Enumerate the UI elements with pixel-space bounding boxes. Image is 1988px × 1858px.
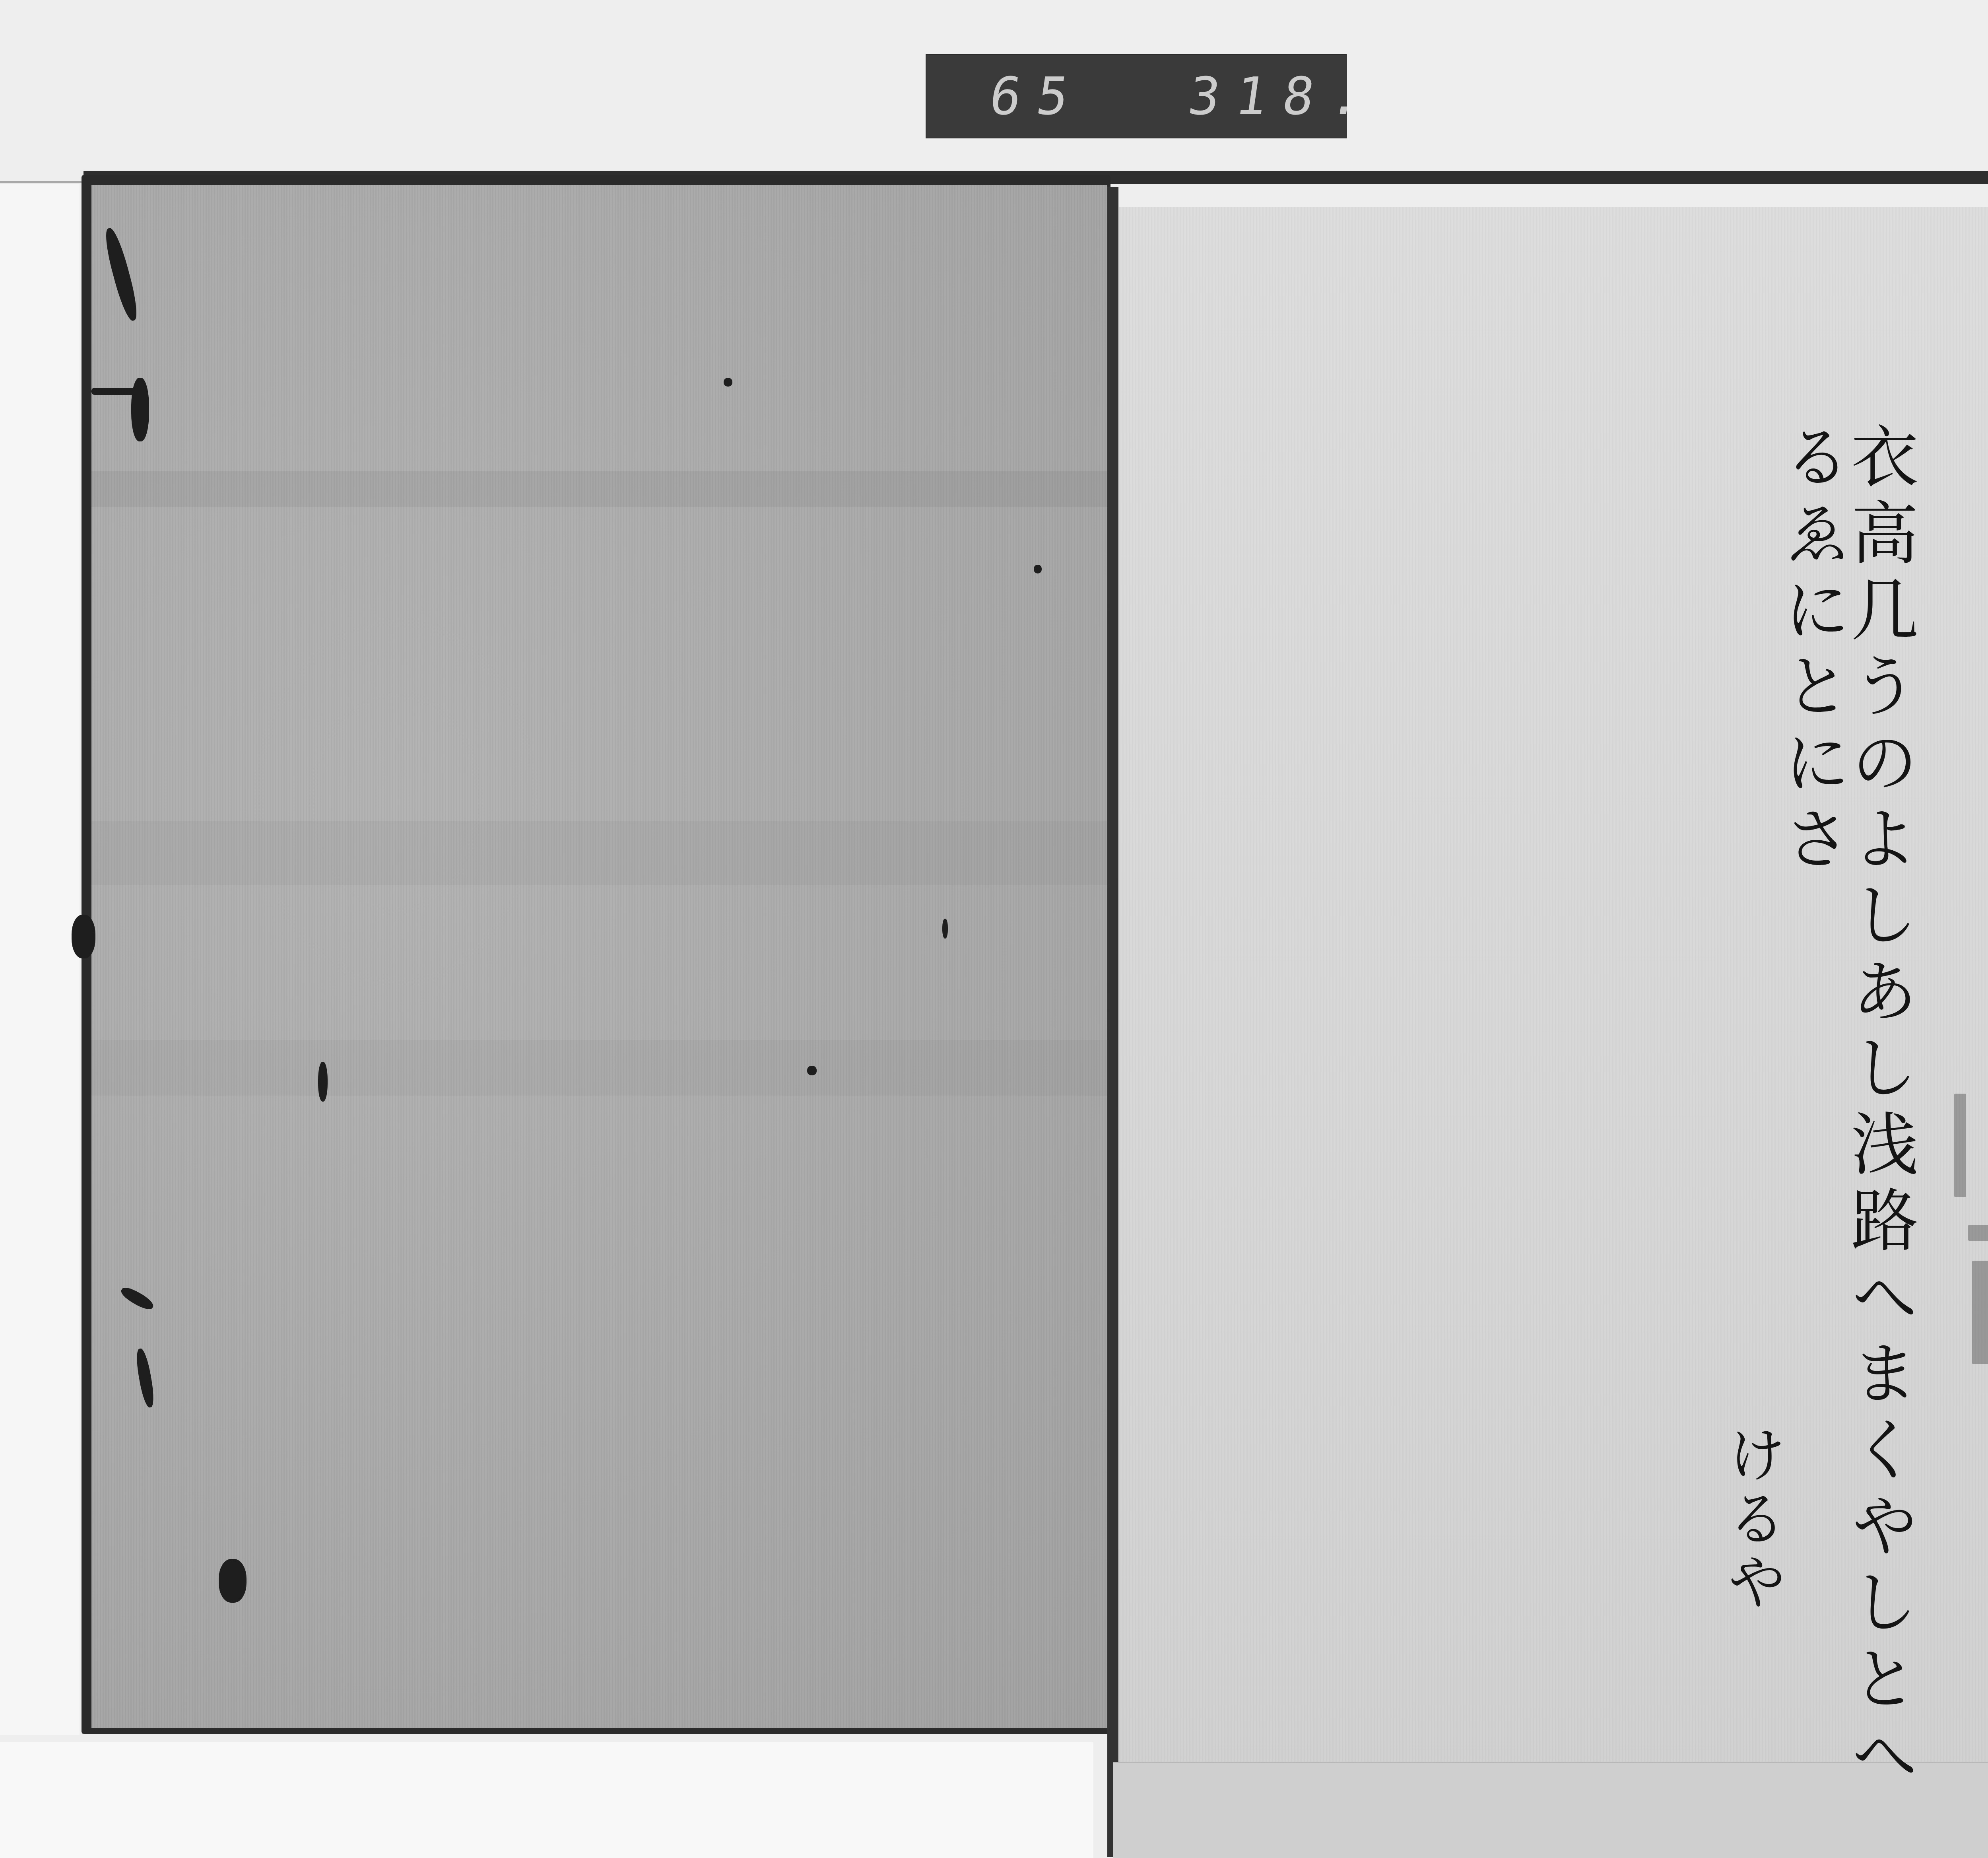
ink-bleed-through [1954,1094,1966,1197]
paper-shading [91,1040,1107,1096]
book-gutter [1107,187,1118,1857]
ink-bleed-through [1968,1225,1988,1241]
frame-number-label: 65 318. [926,55,1346,138]
reel-number: 65 [986,66,1088,126]
left-page [91,185,1107,1728]
manuscript-scan: 65 318. 猪とやへきゆ也 衣高几うのよしあし浅路へまくやしとへるゑにとにさ… [0,0,1988,1858]
wormhole-stain [131,378,149,441]
text-column-2: 衣高几うのよしあし浅路へまくやしとへるゑにとにさ [1777,422,1912,1858]
ink-spot [1034,565,1042,573]
ink-spot [724,378,732,387]
frame-number: 318. [1184,66,1381,126]
wormhole-stain [219,1559,247,1603]
ink-spot [318,1062,328,1102]
paper-shading [91,821,1107,885]
ink-bleed-through [1972,1261,1988,1364]
wormhole-stain [91,388,135,395]
ink-spot [942,919,948,939]
ink-spot [807,1066,817,1075]
background-edge [0,181,83,183]
binding-tear [72,915,95,958]
background-sheet-bottom [0,1742,1093,1858]
text-column-3: けるや [1722,1424,1781,1615]
paper-shading [91,471,1107,507]
background-sheet-left [0,184,80,1735]
